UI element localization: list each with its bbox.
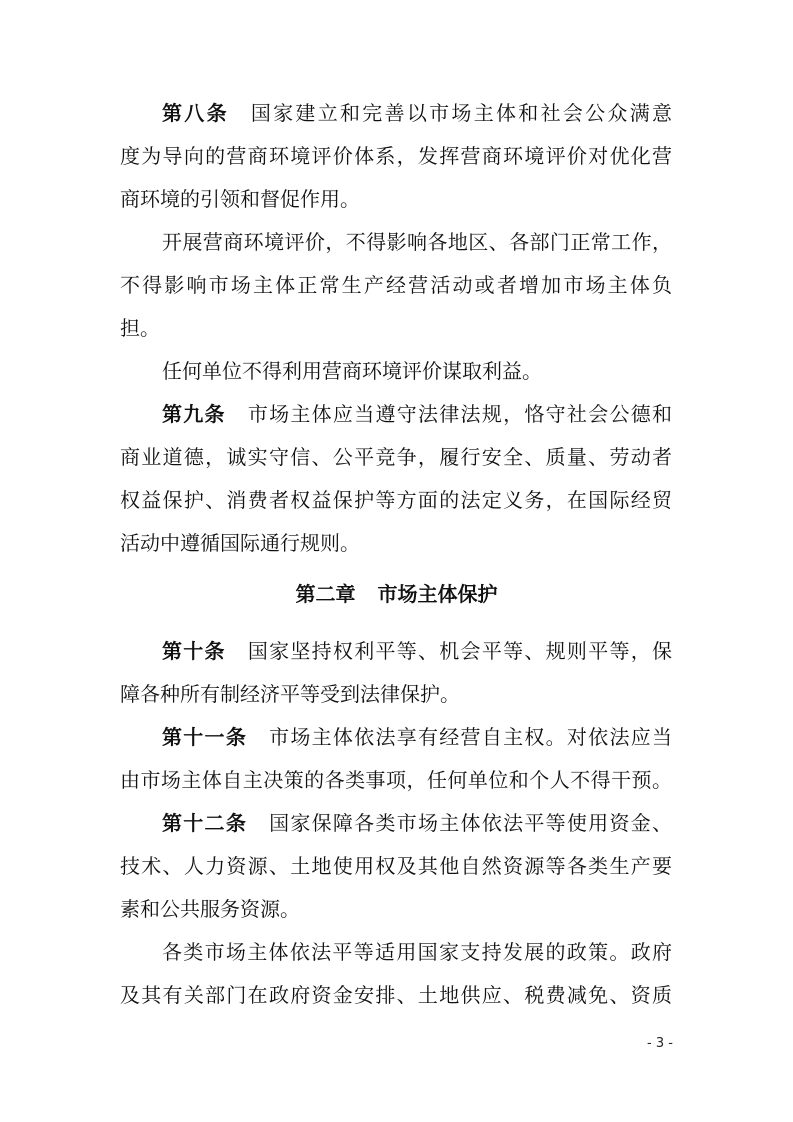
- article-12-para2-line-1: 各类市场主体依法平等适用国家支持发展的政策。政府: [162, 937, 672, 967]
- article-12-label: 第十二条: [162, 811, 247, 835]
- article-11-text: 市场主体依法享有经营自主权。对依法应当: [269, 725, 672, 749]
- chapter-number: 第二章: [296, 582, 356, 606]
- article-12-text: 国家保障各类市场主体依法平等使用资金、: [269, 811, 672, 835]
- article-11-line-2: 由市场主体自主决策的各类事项，任何单位和个人不得干预。: [120, 765, 672, 795]
- article-9-text: 市场主体应当遵守法律法规，恪守社会公德和: [248, 402, 672, 426]
- page-number: - 3 -: [640, 1036, 680, 1051]
- document-page: 第八条国家建立和完善以市场主体和社会公众满意 度为导向的营商环境评价体系，发挥营…: [0, 0, 793, 1122]
- article-11-label: 第十一条: [162, 725, 247, 749]
- article-8-para2-line-1: 开展营商环境评价，不得影响各地区、各部门正常工作，: [162, 227, 672, 257]
- article-12-line-3: 素和公共服务资源。: [120, 894, 672, 924]
- article-8-para2-line-2: 不得影响市场主体正常生产经营活动或者增加市场主体负: [120, 270, 672, 300]
- chapter-heading: 第二章市场主体保护: [0, 579, 793, 609]
- article-10-line-2: 障各种所有制经济平等受到法律保护。: [120, 679, 672, 709]
- article-10-text: 国家坚持权利平等、机会平等、规则平等，保: [248, 639, 672, 663]
- article-9-line-3: 权益保护、消费者权益保护等方面的法定义务，在国际经贸: [120, 485, 672, 515]
- article-8-line-1: 第八条国家建立和完善以市场主体和社会公众满意: [162, 98, 672, 128]
- article-8-text: 国家建立和完善以市场主体和社会公众满意: [251, 101, 672, 125]
- article-12-para2-line-2: 及其有关部门在政府资金安排、土地供应、税费减免、资质: [120, 980, 672, 1010]
- chapter-title: 市场主体保护: [378, 582, 498, 606]
- article-9-label: 第九条: [162, 402, 226, 426]
- article-8-line-2: 度为导向的营商环境评价体系，发挥营商环境评价对优化营: [120, 141, 672, 171]
- article-9-line-4: 活动中遵循国际通行规则。: [120, 528, 672, 558]
- article-12-line-2: 技术、人力资源、土地使用权及其他自然资源等各类生产要: [120, 851, 672, 881]
- article-10-line-1: 第十条国家坚持权利平等、机会平等、规则平等，保: [162, 636, 672, 666]
- article-8-line-3: 商环境的引领和督促作用。: [120, 184, 672, 214]
- article-9-line-2: 商业道德，诚实守信、公平竞争，履行安全、质量、劳动者: [120, 442, 672, 472]
- article-9-line-1: 第九条市场主体应当遵守法律法规，恪守社会公德和: [162, 399, 672, 429]
- article-10-label: 第十条: [162, 639, 226, 663]
- article-11-line-1: 第十一条市场主体依法享有经营自主权。对依法应当: [162, 722, 672, 752]
- article-12-line-1: 第十二条国家保障各类市场主体依法平等使用资金、: [162, 808, 672, 838]
- article-8-para2-line-3: 担。: [120, 313, 672, 343]
- article-8-para3-line-1: 任何单位不得利用营商环境评价谋取利益。: [162, 356, 672, 386]
- article-8-label: 第八条: [162, 101, 229, 125]
